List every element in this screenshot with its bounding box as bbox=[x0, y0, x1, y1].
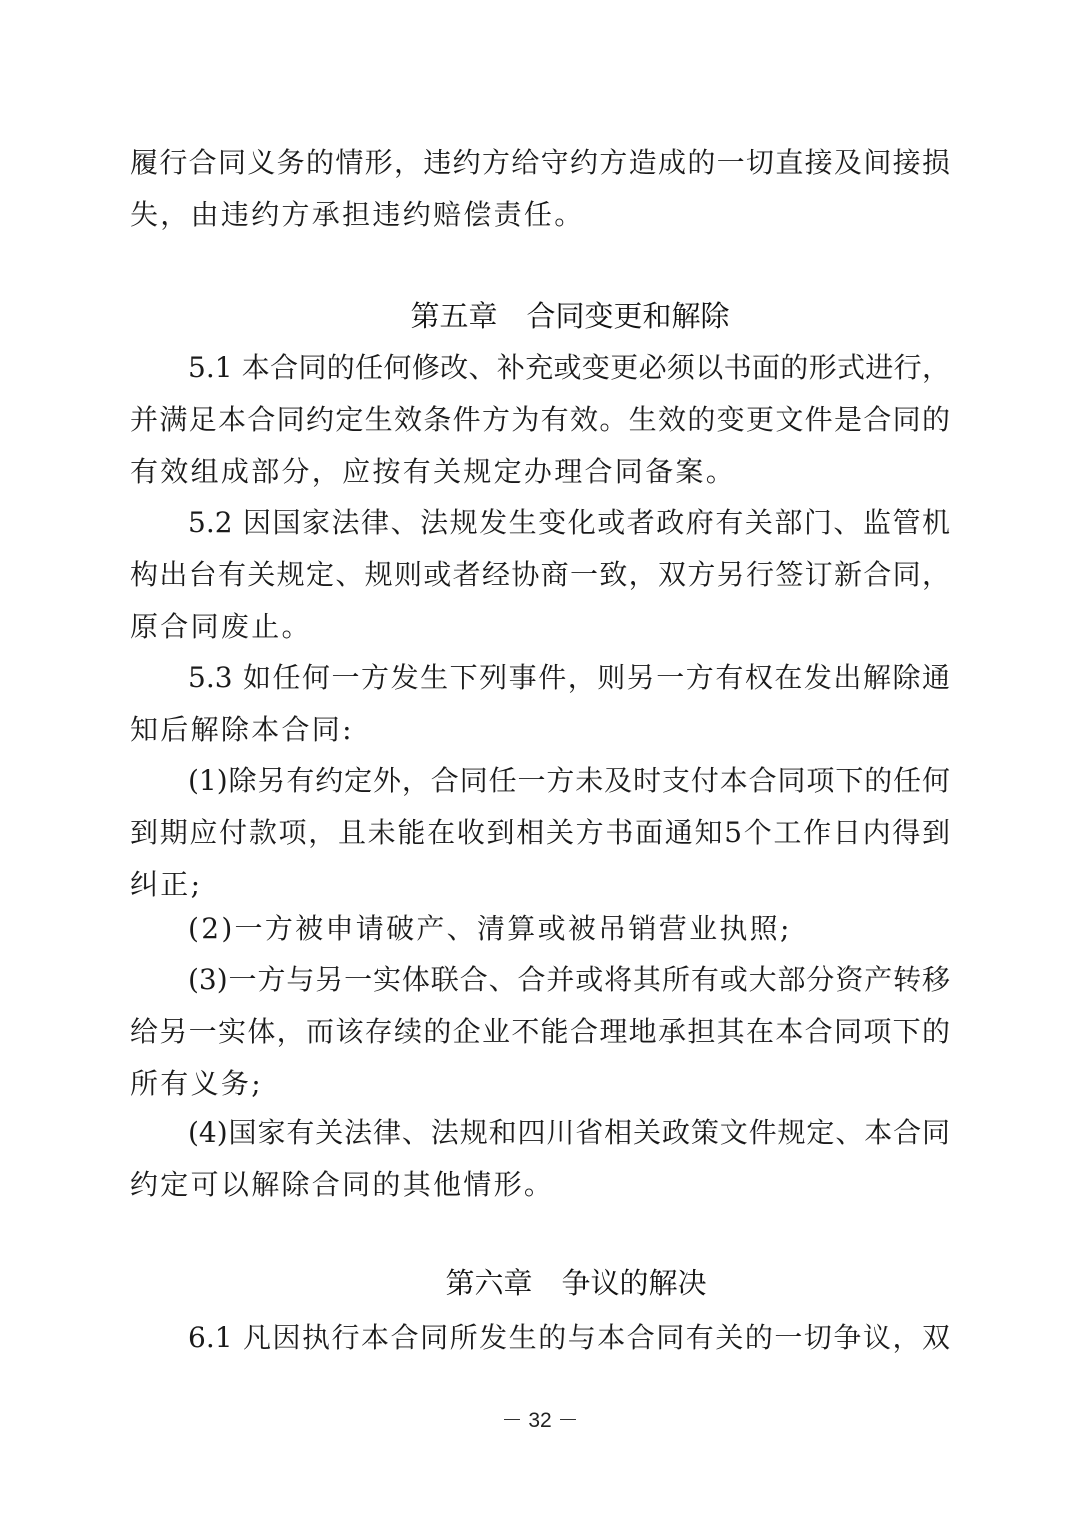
item-4-line: 约定可以解除合同的其他情形。 bbox=[130, 1167, 554, 1203]
clause-5-1-line: 并满足本合同约定生效条件方为有效。生效的变更文件是合同的 bbox=[130, 402, 950, 438]
clause-5-3-line: 5.3 如任何一方发生下列事件，则另一方有权在发出解除通 bbox=[188, 660, 950, 696]
clause-6-1-line: 6.1 凡因执行本合同所发生的与本合同有关的一切争议，双 bbox=[188, 1320, 950, 1356]
clause-5-1-line: 有效组成部分，应按有关规定办理合同备案。 bbox=[130, 454, 736, 490]
item-2-line: (2)一方被申请破产、清算或被吊销营业执照; bbox=[188, 911, 792, 947]
item-4-line: (4)国家有关法律、法规和四川省相关政策文件规定、本合同 bbox=[188, 1115, 950, 1151]
item-3-line: 所有义务; bbox=[130, 1066, 263, 1102]
clause-5-3-line: 知后解除本合同: bbox=[130, 712, 354, 748]
clause-5-2-line: 构出台有关规定、规则或者经协商一致，双方另行签订新合同， bbox=[130, 557, 950, 593]
item-1-line: 到期应付款项，且未能在收到相关方书面通知5个工作日内得到 bbox=[130, 815, 950, 851]
item-3-line: (3)一方与另一实体联合、合并或将其所有或大部分资产转移 bbox=[188, 962, 950, 998]
clause-5-1-line: 5.1 本合同的任何修改、补充或变更必须以书面的形式进行， bbox=[188, 350, 950, 386]
item-3-line: 给另一实体，而该存续的企业不能合理地承担其在本合同项下的 bbox=[130, 1014, 950, 1050]
paragraph-line: 履行合同义务的情形，违约方给守约方造成的一切直接及间接损 bbox=[130, 145, 950, 181]
document-page: 履行合同义务的情形，违约方给守约方造成的一切直接及间接损 失，由违约方承担违约赔… bbox=[0, 0, 1080, 1527]
clause-5-2-line: 原合同废止。 bbox=[130, 609, 312, 645]
item-1-line: (1)除另有约定外，合同任一方未及时支付本合同项下的任何 bbox=[188, 763, 950, 799]
chapter-5-title: 第五章 合同变更和解除 bbox=[403, 298, 737, 334]
paragraph-line: 失，由违约方承担违约赔偿责任。 bbox=[130, 197, 585, 233]
page-number: － 32 － bbox=[440, 1407, 640, 1435]
item-1-line: 纠正; bbox=[130, 867, 202, 903]
chapter-6-title: 第六章 争议的解决 bbox=[432, 1265, 720, 1301]
clause-5-2-line: 5.2 因国家法律、法规发生变化或者政府有关部门、监管机 bbox=[188, 505, 950, 541]
